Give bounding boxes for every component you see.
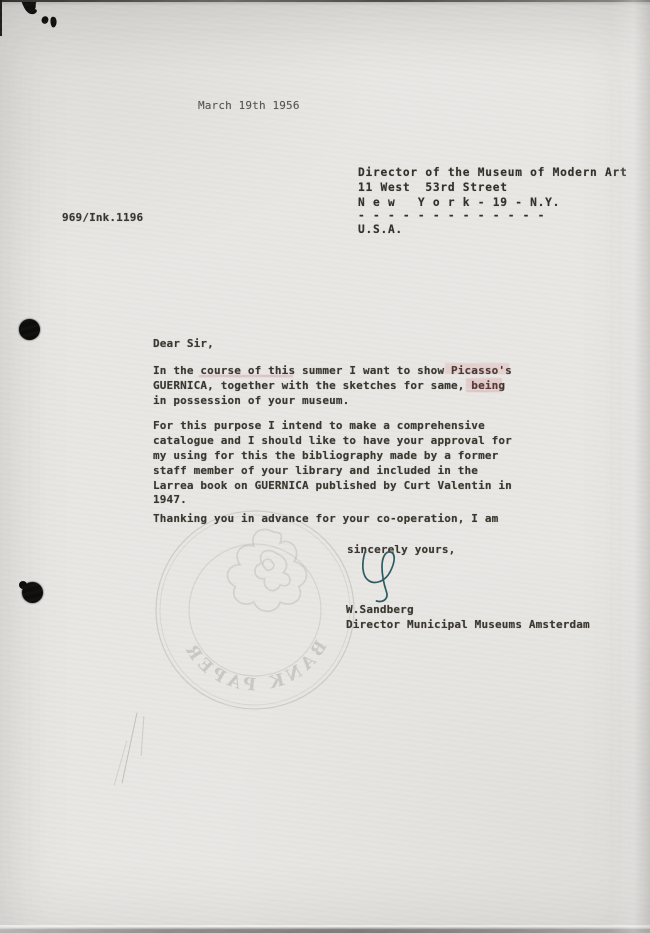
letter-date: March 19th 1956 <box>198 98 300 113</box>
punch-hole-top <box>19 319 40 340</box>
signatory-title: Director Municipal Museums Amsterdam <box>346 617 590 632</box>
scanned-letter-page: BANK PAPER March 19th 1956 Director of t… <box>0 0 650 933</box>
signatory-name: W.Sandberg <box>346 602 414 617</box>
para2-line-2: catalogue and I should like to have your… <box>153 433 512 448</box>
bank-paper-watermark: BANK PAPER <box>149 504 361 716</box>
para2-line-3: my using for this the bibliography made … <box>153 448 498 463</box>
scan-edge-top-shadow <box>0 2 650 6</box>
para2-line-5: Larrea book on GUERNICA published by Cur… <box>153 478 512 493</box>
signature-flourish <box>357 548 403 606</box>
pencil-scratch-2 <box>141 716 145 756</box>
para1-line-2: GUERNICA, together with the sketches for… <box>153 378 505 393</box>
para2-line-4: staff member of your library and include… <box>153 463 478 478</box>
scan-edge-left <box>0 0 2 36</box>
para2-line-1: For this purpose I intend to make a comp… <box>153 418 485 433</box>
recipient-line-country: U.S.A. <box>358 222 403 237</box>
recipient-underline-dashes: - - - - - - - - - - - - - <box>358 208 545 223</box>
closing-line: Thanking you in advance for your co-oper… <box>153 511 498 526</box>
para1-line-3: in possession of your museum. <box>153 393 349 408</box>
recipient-line-1: Director of the Museum of Modern Art <box>358 165 627 180</box>
para1-line-1: In the course of this summer I want to s… <box>153 363 512 378</box>
salutation: Dear Sir, <box>153 336 214 351</box>
recipient-line-2: 11 West 53rd Street <box>358 180 508 195</box>
watermark-arc-text: BANK PAPER <box>178 637 331 695</box>
scan-edge-bottom <box>0 927 650 933</box>
punch-hole-bottom-nub <box>19 581 27 589</box>
watermark-crest <box>227 529 306 611</box>
para2-line-6: 1947. <box>153 492 187 507</box>
reference-number: 969/Ink.1196 <box>62 210 143 225</box>
